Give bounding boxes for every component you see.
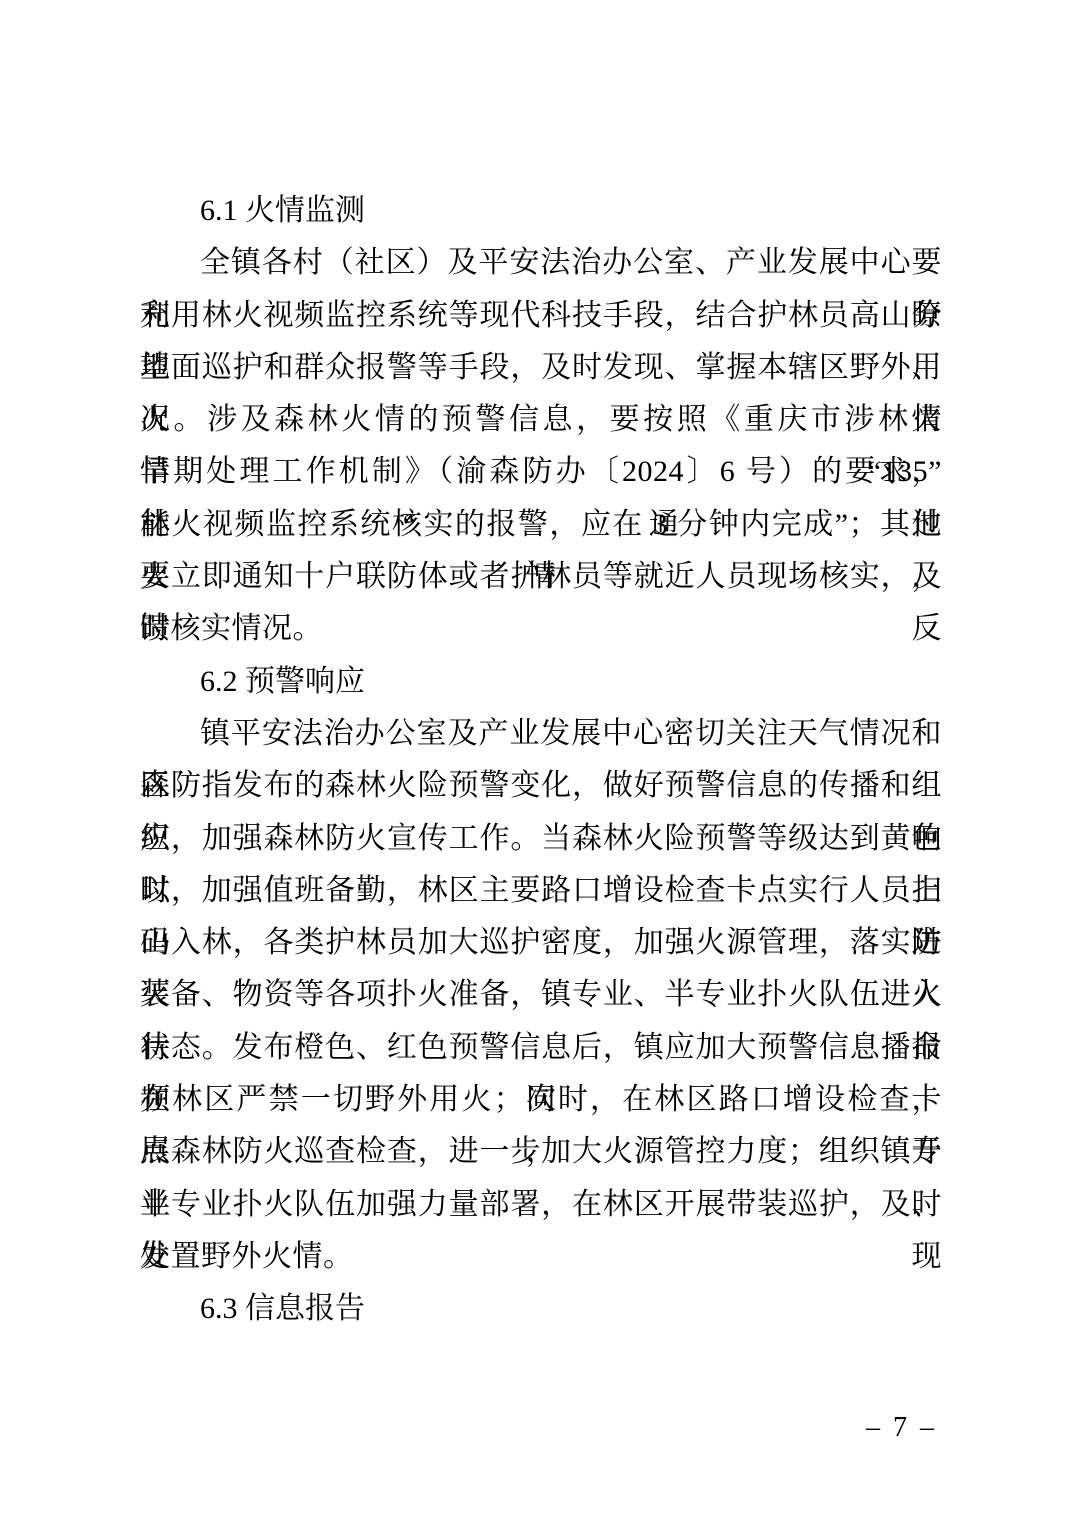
body-line: 林火视频监控系统核实的报警，应在 3 分钟内完成”；其他火情， [140,499,942,551]
section-heading-6-2: 6.2 预警响应 [140,656,942,708]
body-line: 山入林，各类护林员加大巡护密度，加强火源管理，落实防灭火 [140,917,942,969]
body-line: 全镇各村（社区）及平安法治办公室、产业发展中心要充分 [140,237,942,289]
body-line: 时，加强值班备勤，林区主要路口增设检查卡点实行人员扫码进 [140,865,942,917]
body-line: 利用林火视频监控系统等现代科技手段，结合护林员高山瞭望、 [140,290,942,342]
body-line: 要立即通知十户联防体或者护林员等就近人员现场核实，及时反 [140,551,942,603]
document-page: 6.1 火情监测 全镇各村（社区）及平安法治办公室、产业发展中心要充分 利用林火… [0,0,1074,1520]
body-line: 状态。发布橙色、红色预警信息后，镇应加大预警信息播报频次， [140,1022,942,1074]
page-number: – 7 – [866,1408,937,1448]
body-line: 早期处理工作机制》（渝森防办〔2024〕6 号）的要求，能“通过 [140,446,942,498]
document-body: 6.1 火情监测 全镇各村（社区）及平安法治办公室、产业发展中心要充分 利用林火… [140,185,942,1336]
body-line: 半专业扑火队伍加强力量部署，在林区开展带装巡护，及时发现 [140,1179,942,1231]
body-line: 应，加强森林防火宣传工作。当森林火险预警等级达到黄色以上 [140,813,942,865]
body-line: 展森林防火巡查检查，进一步加大火源管控力度；组织镇专业、 [140,1126,942,1178]
body-line: 森防指发布的森林火险预警变化，做好预警信息的传播和组织响 [140,760,942,812]
body-line: 况。涉及森林火情的预警信息，要按照《重庆市涉林火情“135” [140,394,942,446]
section-heading-6-1: 6.1 火情监测 [140,185,942,237]
body-line: 装备、物资等各项扑火准备，镇专业、半专业扑火队伍进入待命 [140,969,942,1021]
body-line: 镇平安法治办公室及产业发展中心密切关注天气情况和区 [140,708,942,760]
body-line: 在林区严禁一切野外用火；同时，在林区路口增设检查卡点，开 [140,1074,942,1126]
section-heading-6-3: 6.3 信息报告 [140,1283,942,1335]
body-line: 地面巡护和群众报警等手段，及时发现、掌握本辖区野外用火情 [140,342,942,394]
